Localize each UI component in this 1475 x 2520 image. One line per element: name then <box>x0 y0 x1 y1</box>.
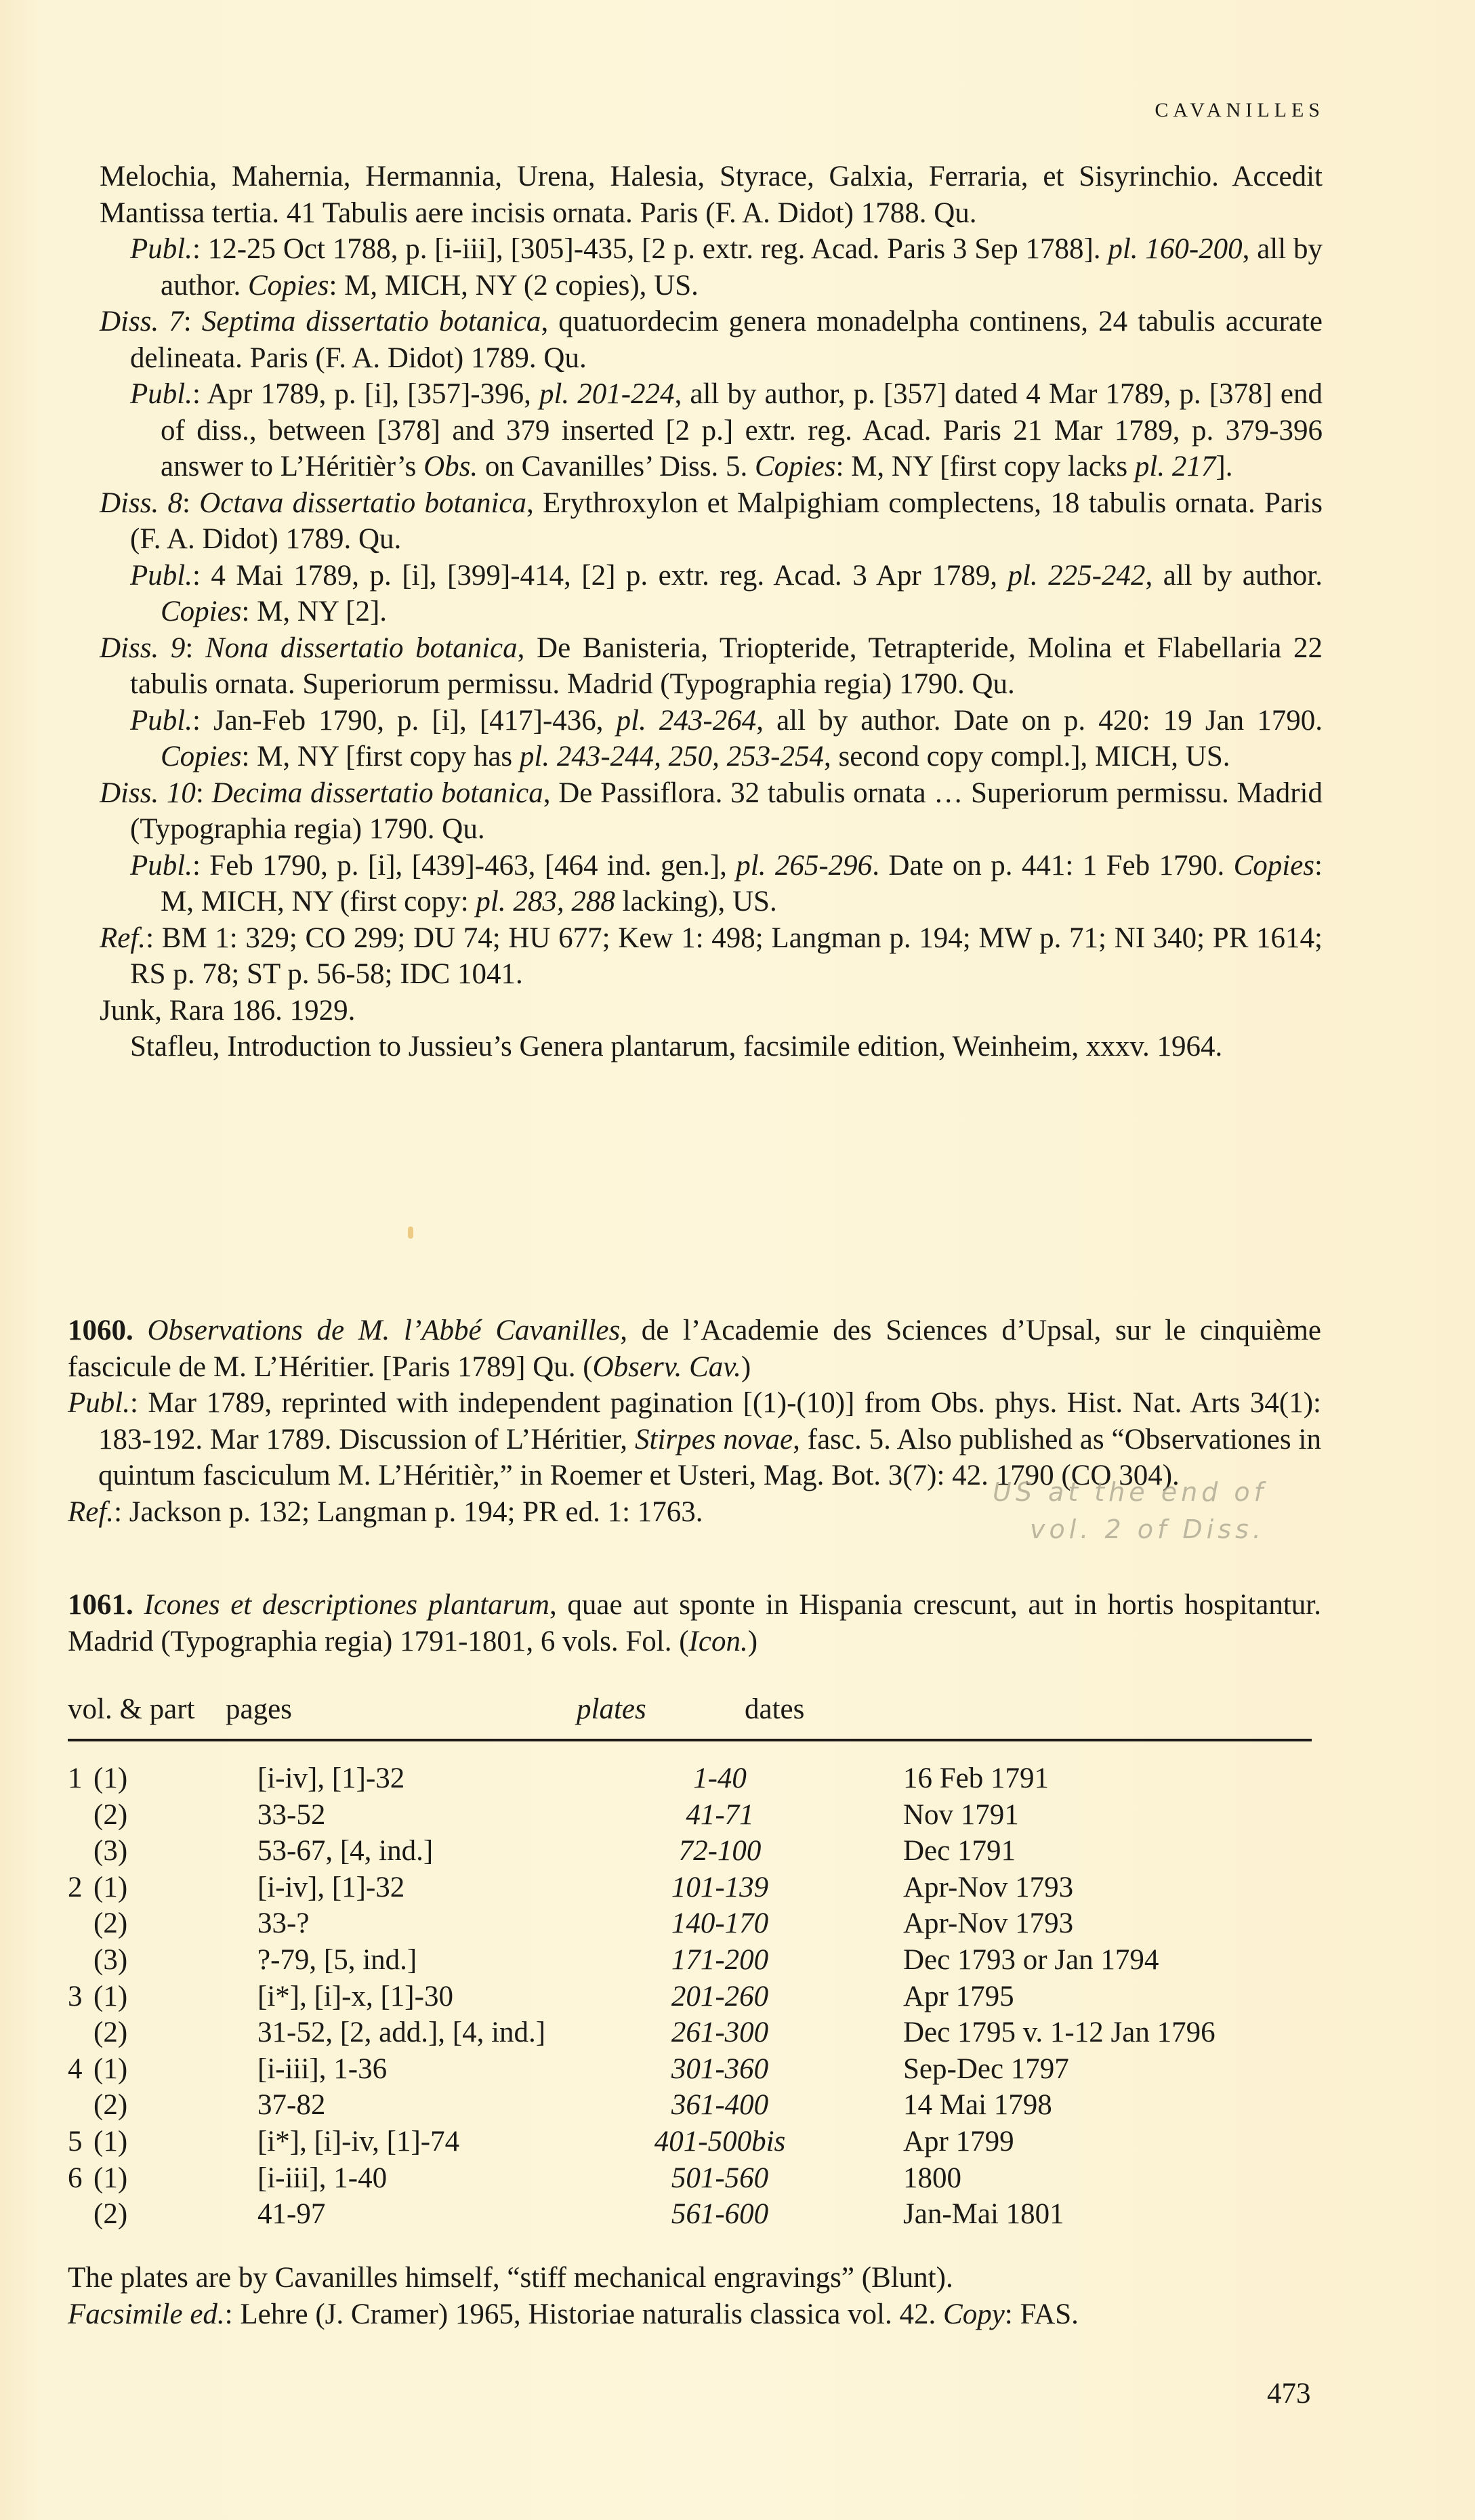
continuation-text: Melochia, Mahernia, Hermannia, Urena, Ha… <box>100 159 1323 231</box>
col-header-dates: dates <box>745 1691 804 1732</box>
table-rule <box>68 1739 1312 1741</box>
facsimile-note: Facsimile ed.: Lehre (J. Cramer) 1965, H… <box>68 2296 1321 2333</box>
pencil-annotation-line2: vol. 2 of Diss. <box>1030 1514 1265 1544</box>
entry-1060-title: 1060. Observations de M. l’Abbé Cavanill… <box>68 1313 1321 1385</box>
col-header-pages: pages <box>226 1691 577 1732</box>
issues-table-header: vol. & part pages plates dates <box>68 1691 1281 1732</box>
ref-junk: Junk, Rara 186. 1929. <box>100 993 1323 1029</box>
diss9-title: Diss. 9: Nona dissertatio botanica, De B… <box>100 630 1323 703</box>
plates-note: The plates are by Cavanilles himself, “s… <box>68 2260 1321 2296</box>
table-row: (2)41-97561-600Jan-Mai 1801 <box>68 2196 1312 2233</box>
table-row: (2)31-52, [2, add.], [4, ind.]261-300Dec… <box>68 2015 1312 2051</box>
table-row: 5(1)[i*], [i]-iv, [1]-74401-500bisApr 17… <box>68 2124 1312 2160</box>
running-head: CAVANILLES <box>1121 99 1325 122</box>
ref-stafleu: Stafleu, Introduction to Jussieu’s Gener… <box>100 1029 1323 1065</box>
table-row: 1(1)[i-iv], [1]-321-4016 Feb 1791 <box>68 1760 1312 1797</box>
page-number: 473 <box>1267 2377 1311 2410</box>
diss8-title: Diss. 8: Octava dissertatio botanica, Er… <box>100 485 1323 558</box>
paper-stain <box>408 1226 413 1239</box>
diss10-title: Diss. 10: Decima dissertatio botanica, D… <box>100 775 1323 848</box>
table-row: (2)33-5241-71Nov 1791 <box>68 1797 1312 1834</box>
book-page: CAVANILLES Melochia, Mahernia, Hermannia… <box>0 0 1475 2520</box>
col-header-plates: plates <box>577 1691 745 1732</box>
ref-list: Ref.: BM 1: 329; CO 299; DU 74; HU 677; … <box>100 920 1323 993</box>
issues-table-body: 1(1)[i-iv], [1]-321-4016 Feb 1791 (2)33-… <box>68 1760 1312 2233</box>
entry-1061: 1061. Icones et descriptiones plantarum,… <box>68 1587 1321 1659</box>
table-row: (2)37-82361-40014 Mai 1798 <box>68 2087 1312 2124</box>
diss9-publ: Publ.: Jan-Feb 1790, p. [i], [417]-436, … <box>100 703 1323 775</box>
table-row: 4(1)[i-iii], 1-36301-360Sep-Dec 1797 <box>68 2051 1312 2088</box>
table-row: (3)?-79, [5, ind.]171-200Dec 1793 or Jan… <box>68 1942 1312 1979</box>
pencil-annotation-line1: US at the end of <box>993 1477 1267 1507</box>
entry-1061-notes: The plates are by Cavanilles himself, “s… <box>68 2260 1321 2332</box>
table-row: 3(1)[i*], [i]-x, [1]-30201-260Apr 1795 <box>68 1979 1312 2015</box>
col-header-vol: vol. & part <box>68 1691 226 1732</box>
continuation-block: Melochia, Mahernia, Hermannia, Urena, Ha… <box>100 159 1323 1065</box>
diss7-publ: Publ.: Apr 1789, p. [i], [357]-396, pl. … <box>100 376 1323 485</box>
table-row: (2)33-?140-170Apr-Nov 1793 <box>68 1905 1312 1942</box>
continuation-publ: Publ.: 12-25 Oct 1788, p. [i-iii], [305]… <box>100 231 1323 304</box>
diss10-publ: Publ.: Feb 1790, p. [i], [439]-463, [464… <box>100 848 1323 920</box>
table-row: 6(1)[i-iii], 1-40501-5601800 <box>68 2160 1312 2197</box>
entry-1061-title: 1061. Icones et descriptiones plantarum,… <box>68 1587 1321 1659</box>
table-row: 2(1)[i-iv], [1]-32101-139Apr-Nov 1793 <box>68 1870 1312 1906</box>
table-row: (3)53-67, [4, ind.]72-100Dec 1791 <box>68 1833 1312 1870</box>
diss7-title: Diss. 7: Septima dissertatio botanica, q… <box>100 304 1323 376</box>
diss8-publ: Publ.: 4 Mai 1789, p. [i], [399]-414, [2… <box>100 558 1323 630</box>
